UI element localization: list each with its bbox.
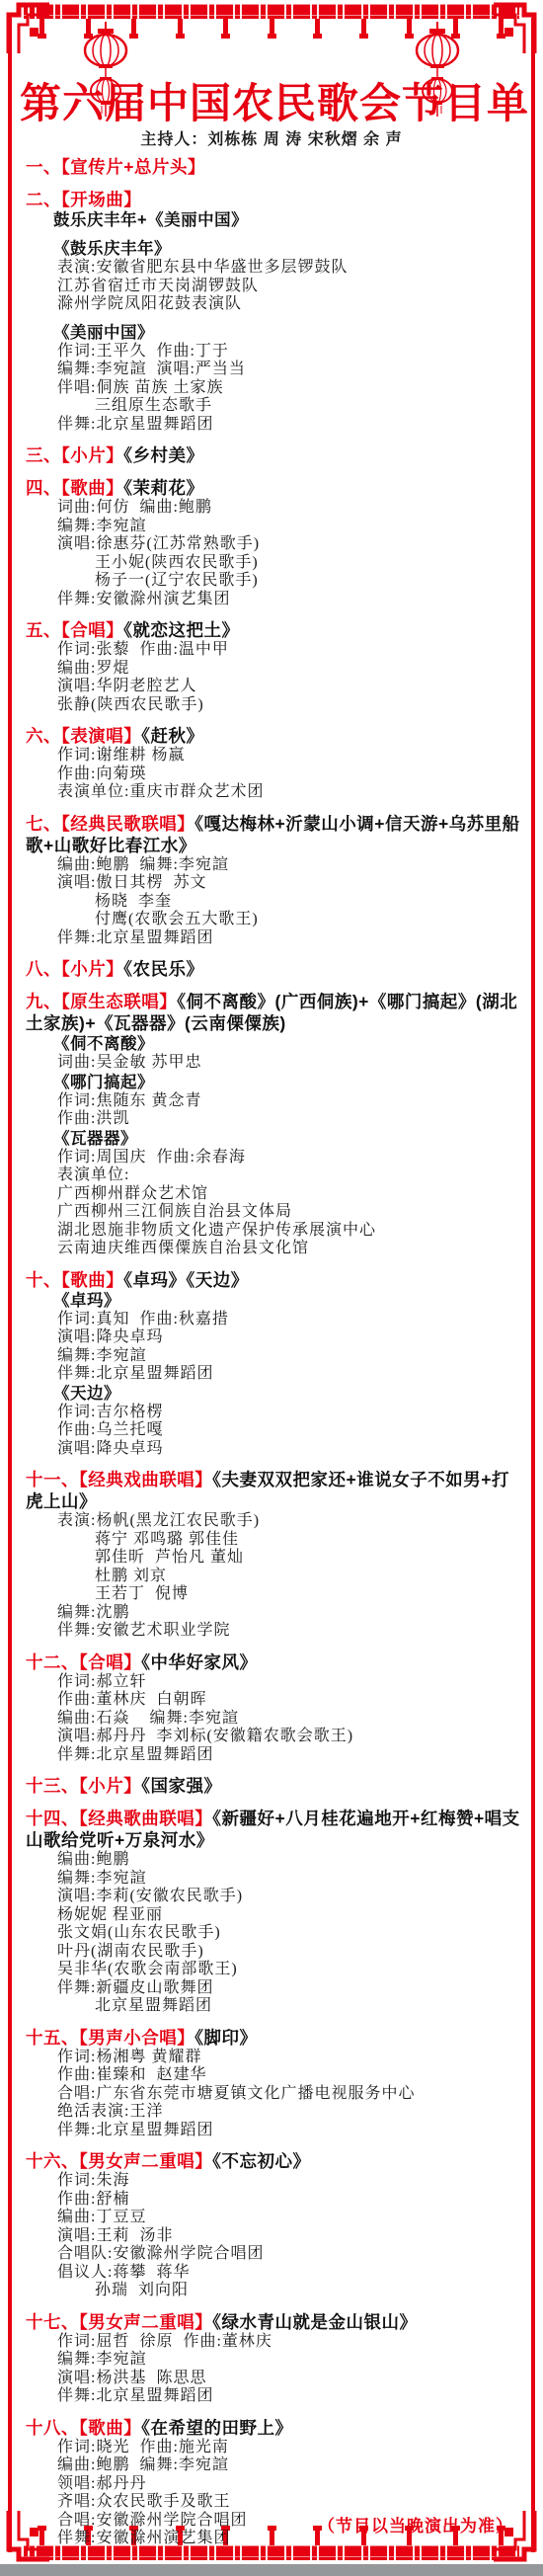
section-song-title: 《赶秋》 (141, 726, 203, 746)
credit-line: 湖北恩施非物质文化遗产保护传承展演中心 (26, 1222, 525, 1241)
section-number: 十七、【男女声二重唱】 (26, 2312, 212, 2332)
credit-line: 作词:张藜 作曲:温中甲 (26, 641, 525, 660)
tassel-icon (178, 19, 183, 34)
credit-line: 孙瑞 刘向阳 (26, 2282, 525, 2300)
section-song-title: 《在希望的田野上》 (141, 2418, 292, 2438)
program-section: 七、【经典民歌联唱】《嘎达梅林+沂蒙山小调+信天游+乌苏里船歌+山歌好比春江水》… (26, 813, 525, 948)
program-section: 十七、【男女声二重唱】《绿水青山就是金山银山》作词:屈哲 徐原 作曲:董林庆编舞… (26, 2311, 525, 2406)
program-section: 十四、【经典歌曲联唱】《新疆好+八月桂花遍地开+红梅赞+唱支山歌给党听+万泉河水… (26, 1808, 525, 2016)
credit-line: 作曲:向菊瑛 (26, 765, 525, 784)
credit-line: 作词:杨湘粤 黄耀群 (26, 2049, 525, 2067)
section-number: 三、【小片】 (26, 445, 123, 465)
tassel-icon (361, 19, 366, 34)
section-heading: 十七、【男女声二重唱】《绿水青山就是金山银山》 (26, 2311, 525, 2333)
bottom-gray-bar (0, 2564, 543, 2576)
page-title: 第六届中国农民歌会节目单 (20, 71, 523, 130)
credit-line: 张静(陕西农民歌手) (26, 696, 525, 715)
credit-line: 广西柳州群众艺术馆 (26, 1185, 525, 1204)
credit-line: 作曲:舒楠 (26, 2191, 525, 2210)
program-page: 第六届中国农民歌会节目单 主持人：刘栋栋 周 涛 宋秋熠 余 声 一、【宣传片+… (0, 0, 543, 2576)
credit-line: 作词:晓光 作曲:施光南 (26, 2439, 525, 2457)
section-heading: 十三、【小片】《国家强》 (26, 1775, 525, 1797)
section-heading: 六、【表演唱】《赶秋》 (26, 725, 525, 747)
program-section: 十二、【合唱】《中华好家风》作词:郝立轩作曲:董林庆 白朝晖编曲:石焱 编舞:李… (26, 1651, 525, 1765)
credit-line: 作词:吉尔格楞 (26, 1404, 525, 1422)
section-number: 四、【歌曲】 (26, 478, 123, 498)
credit-line: 作词:谢维耕 杨嬴 (26, 747, 525, 765)
credit-line: 伴舞:北京星盟舞蹈团 (26, 1746, 525, 1765)
credit-line: 云南迪庆维西傈僳族自治县文化馆 (26, 1240, 525, 1258)
credit-line: 作曲:崔臻和 赵建华 (26, 2066, 525, 2085)
program-section: 十六、【男女声二重唱】《不忘初心》作词:朱海作曲:舒楠编曲:丁豆豆演唱:王莉 汤… (26, 2150, 525, 2300)
section-heading: 十、【歌曲】《卓玛》《天边》 (26, 1269, 525, 1291)
section-number: 六、【表演唱】 (26, 726, 141, 746)
section-song-title: 《脚印》 (194, 2028, 257, 2048)
line-gap (26, 314, 525, 323)
program-sections: 一、【宣传片+总片头】二、【开场曲】鼓乐庆丰年+《美丽中国》《鼓乐庆丰年》表演:… (26, 156, 525, 2559)
song-title-line: 《美丽中国》 (26, 323, 525, 343)
section-number: 十一、【经典戏曲联唱】 (26, 1470, 212, 1489)
section-number: 十、【歌曲】 (26, 1270, 123, 1290)
credit-line: 杨晓 李奎 (26, 893, 525, 912)
section-number: 八、【小片】 (26, 959, 123, 979)
section-number: 十三、【小片】 (26, 1776, 141, 1796)
credit-line: 演唱:杨洪基 陈思思 (26, 2370, 525, 2388)
credit-line: 编曲:鲍鹏 编舞:李宛諠 (26, 2456, 525, 2475)
credit-line: 编舞:李宛諠 演唱:严当当 (26, 361, 525, 379)
credit-line: 叶丹(湖南农民歌手) (26, 1943, 525, 1962)
credit-line: 编曲:罗焜 (26, 660, 525, 679)
section-heading: 二、【开场曲】 (26, 189, 525, 210)
song-title-line: 《侗不离酸》 (26, 1034, 525, 1054)
song-title-line: 鼓乐庆丰年+《美丽中国》 (26, 210, 525, 230)
song-title-line: 《哪门搞起》 (26, 1073, 525, 1092)
credit-line: 编舞:李宛諠 (26, 518, 525, 536)
credit-line: 伴舞:安徽滁州演艺集团 (26, 591, 525, 609)
song-title-line: 《卓玛》 (26, 1291, 525, 1311)
credit-line: 吴非华(农歌会南部歌王) (26, 1961, 525, 1979)
credit-line: 作词:王平久 作曲:丁于 (26, 343, 525, 362)
credit-line: 词曲:吴金敏 苏甲忠 (26, 1054, 525, 1073)
program-section: 十三、【小片】《国家强》 (26, 1775, 525, 1797)
tassel-icon (315, 19, 320, 34)
credit-line: 伴舞:新疆皮山歌舞团 (26, 1979, 525, 1998)
credit-line: 编舞:李宛諠 (26, 2351, 525, 2370)
section-heading: 八、【小片】《农民乐》 (26, 958, 525, 980)
credit-line: 领唱:郝丹丹 (26, 2475, 525, 2494)
tassel-icon (223, 19, 228, 34)
section-number: 十四、【经典歌曲联唱】 (26, 1809, 212, 1828)
section-heading: 一、【宣传片+总片头】 (26, 156, 525, 178)
paper-cut-band-top (24, 4, 519, 19)
program-section: 六、【表演唱】《赶秋》作词:谢维耕 杨嬴作曲:向菊瑛表演单位:重庆市群众艺术团 (26, 725, 525, 802)
section-number: 二、【开场曲】 (26, 190, 141, 209)
credit-line: 绝活表演:王洋 (26, 2103, 525, 2122)
section-heading: 十一、【经典戏曲联唱】《夫妻双双把家还+谁说女子不如男+打虎上山》 (26, 1469, 525, 1512)
credit-line: 编舞:李宛諠 (26, 1870, 525, 1889)
credit-line: 作词:焦随东 黄念青 (26, 1092, 525, 1111)
song-title-line: 《瓦器器》 (26, 1129, 525, 1149)
credit-line: 作词:周国庆 作曲:余春海 (26, 1149, 525, 1167)
section-song-title: 《绿水青山就是金山银山》 (212, 2312, 417, 2332)
section-number: 十八、【歌曲】 (26, 2418, 141, 2438)
section-heading: 四、【歌曲】《茉莉花》 (26, 477, 525, 499)
credit-line: 倡议人:蒋攀 蒋华 (26, 2264, 525, 2283)
line-gap (26, 230, 525, 239)
credit-line: 演唱:华阴老腔艺人 (26, 678, 525, 696)
credit-line: 杨子一(辽宁农民歌手) (26, 572, 525, 591)
corner-fret-ornament (2, 2, 49, 53)
program-section: 八、【小片】《农民乐》 (26, 958, 525, 980)
section-song-title: 《农民乐》 (123, 959, 203, 979)
program-section: 五、【合唱】《就恋这把土》作词:张藜 作曲:温中甲编曲:罗焜演唱:华阴老腔艺人张… (26, 619, 525, 714)
credit-line: 演唱:徐惠芬(江苏常熟歌手) (26, 535, 525, 554)
credit-line: 伴舞:北京星盟舞蹈团 (26, 2122, 525, 2140)
program-section: 一、【宣传片+总片头】 (26, 156, 525, 178)
section-number: 九、【原生态联唱】 (26, 992, 177, 1011)
credit-line: 表演单位: (26, 1167, 525, 1185)
program-section: 二、【开场曲】鼓乐庆丰年+《美丽中国》《鼓乐庆丰年》表演:安徽省肥东县中华盛世多… (26, 189, 525, 434)
section-song-title: 《就恋这把土》 (123, 620, 239, 640)
credit-line: 滁州学院凤阳花鼓表演队 (26, 295, 525, 314)
credit-line: 演唱:王莉 汤非 (26, 2227, 525, 2246)
credit-line: 编曲:鲍鹏 编舞:李宛諠 (26, 856, 525, 875)
section-song-title: 《国家强》 (141, 1776, 221, 1796)
credit-line: 作词:屈哲 徐原 作曲:董林庆 (26, 2333, 525, 2352)
credit-line: 杜鹏 刘京 (26, 1568, 525, 1586)
program-section: 四、【歌曲】《茉莉花》词曲:何仿 编曲:鲍鹏编舞:李宛諠演唱:徐惠芬(江苏常熟歌… (26, 477, 525, 608)
host-line: 主持人：刘栋栋 周 涛 宋秋熠 余 声 (20, 126, 523, 149)
section-heading: 七、【经典民歌联唱】《嘎达梅林+沂蒙山小调+信天游+乌苏里船歌+山歌好比春江水》 (26, 813, 525, 856)
section-heading: 九、【原生态联唱】《侗不离酸》(广西侗族)+《哪门搞起》(湖北土家族)+《瓦器器… (26, 991, 525, 1034)
credit-line: 三组原生态歌手 (26, 397, 525, 416)
credit-line: 演唱:降央卓玛 (26, 1328, 525, 1347)
credit-line: 郭佳昕 芦怡凡 董灿 (26, 1549, 525, 1568)
song-title-line: 《鼓乐庆丰年》 (26, 239, 525, 259)
section-heading: 十五、【男声小合唱】《脚印》 (26, 2027, 525, 2049)
credit-line: 广西柳州三江侗族自治县文体局 (26, 1203, 525, 1222)
credit-line: 作词:郝立轩 (26, 1673, 525, 1692)
credit-line: 编曲:丁豆豆 (26, 2209, 525, 2227)
credit-line: 杨妮妮 程亚丽 (26, 1906, 525, 1925)
program-section: 十五、【男声小合唱】《脚印》作词:杨湘粤 黄耀群作曲:崔臻和 赵建华合唱:广东省… (26, 2027, 525, 2140)
credit-line: 齐唱:众农民歌手及歌王 (26, 2493, 525, 2512)
credit-line: 伴舞:北京星盟舞蹈团 (26, 929, 525, 948)
credit-line: 词曲:何仿 编曲:鲍鹏 (26, 499, 525, 518)
credit-line: 伴舞:北京星盟舞蹈团 (26, 416, 525, 435)
footer-note: （节目以当晚演出为准） (318, 2512, 513, 2536)
section-song-title: 《不忘初心》 (212, 2151, 310, 2171)
credit-line: 王若丁 倪博 (26, 1585, 525, 1604)
credit-line: 江苏省宿迁市天岗湖锣鼓队 (26, 278, 525, 296)
credit-line: 编曲:石焱 编舞:李宛諠 (26, 1710, 525, 1729)
credit-line: 伴舞:北京星盟舞蹈团 (26, 1365, 525, 1384)
credit-line: 伴唱:侗族 苗族 土家族 (26, 379, 525, 398)
credit-line: 作词:真知 作曲:秋嘉措 (26, 1311, 525, 1329)
section-number: 十五、【男声小合唱】 (26, 2028, 194, 2048)
credit-line: 编舞:李宛諠 (26, 1347, 525, 1366)
program-section: 九、【原生态联唱】《侗不离酸》(广西侗族)+《哪门搞起》(湖北土家族)+《瓦器器… (26, 991, 525, 1258)
credit-line: 张文娟(山东农民歌手) (26, 1924, 525, 1943)
credit-line: 伴舞:安徽艺术职业学院 (26, 1622, 525, 1641)
section-heading: 十八、【歌曲】《在希望的田野上》 (26, 2417, 525, 2439)
section-number: 七、【经典民歌联唱】 (26, 814, 194, 834)
credit-line: 演唱:降央卓玛 (26, 1440, 525, 1459)
credit-line: 表演单位:重庆市群众艺术团 (26, 783, 525, 802)
credit-line: 作曲:董林庆 白朝晖 (26, 1691, 525, 1710)
song-title-line: 《天边》 (26, 1384, 525, 1404)
credit-line: 作词:朱海 (26, 2172, 525, 2191)
section-song-title: 《卓玛》《天边》 (123, 1270, 249, 1290)
section-song-title: 《中华好家风》 (141, 1652, 257, 1672)
credit-line: 付鹰(农歌会五大歌王) (26, 911, 525, 929)
credit-line: 伴舞:北京星盟舞蹈团 (26, 2387, 525, 2406)
section-song-title: 《乡村美》 (123, 445, 203, 465)
credit-line: 合唱:广东省东莞市塘夏镇文化广播电视服务中心 (26, 2085, 525, 2104)
section-number: 五、【合唱】 (26, 620, 123, 640)
section-heading: 五、【合唱】《就恋这把土》 (26, 619, 525, 641)
section-number: 十二、【合唱】 (26, 1652, 141, 1672)
section-number: 一、【宣传片+总片头】 (26, 157, 205, 177)
section-heading: 十二、【合唱】《中华好家风》 (26, 1651, 525, 1673)
credit-line: 表演:安徽省肥东县中华盛世多层锣鼓队 (26, 259, 525, 278)
credit-line: 作曲:乌兰托嘎 (26, 1421, 525, 1440)
section-number: 十六、【男女声二重唱】 (26, 2151, 212, 2171)
credit-line: 表演:杨帆(黑龙江农民歌手) (26, 1512, 525, 1531)
program-section: 三、【小片】《乡村美》 (26, 444, 525, 466)
credit-line: 北京星盟舞蹈团 (26, 1997, 525, 2016)
program-section: 十、【歌曲】《卓玛》《天边》《卓玛》作词:真知 作曲:秋嘉措演唱:降央卓玛编舞:… (26, 1269, 525, 1459)
section-heading: 三、【小片】《乡村美》 (26, 444, 525, 466)
credit-line: 蒋宁 邓鸣璐 郭佳佳 (26, 1531, 525, 1550)
credit-line: 演唱:李莉(安徽农民歌手) (26, 1888, 525, 1906)
credit-line: 编曲:鲍鹏 (26, 1851, 525, 1870)
section-heading: 十六、【男女声二重唱】《不忘初心》 (26, 2150, 525, 2172)
credit-line: 作曲:洪凯 (26, 1110, 525, 1129)
credit-line: 演唱:傲日其楞 苏文 (26, 874, 525, 893)
credit-line: 王小妮(陕西农民歌手) (26, 554, 525, 573)
program-section: 十一、【经典戏曲联唱】《夫妻双双把家还+谁说女子不如男+打虎上山》表演:杨帆(黑… (26, 1469, 525, 1641)
section-song-title: 《茉莉花》 (123, 478, 203, 498)
section-heading: 十四、【经典歌曲联唱】《新疆好+八月桂花遍地开+红梅赞+唱支山歌给党听+万泉河水… (26, 1808, 525, 1851)
credit-line: 演唱:郝丹丹 李刘标(安徽籍农歌会歌王) (26, 1728, 525, 1746)
credit-line: 合唱队:安徽滁州学院合唱团 (26, 2245, 525, 2264)
corner-fret-ornament (494, 2, 541, 53)
tassel-icon (270, 19, 274, 34)
credit-line: 编舞:沈鹏 (26, 1604, 525, 1623)
